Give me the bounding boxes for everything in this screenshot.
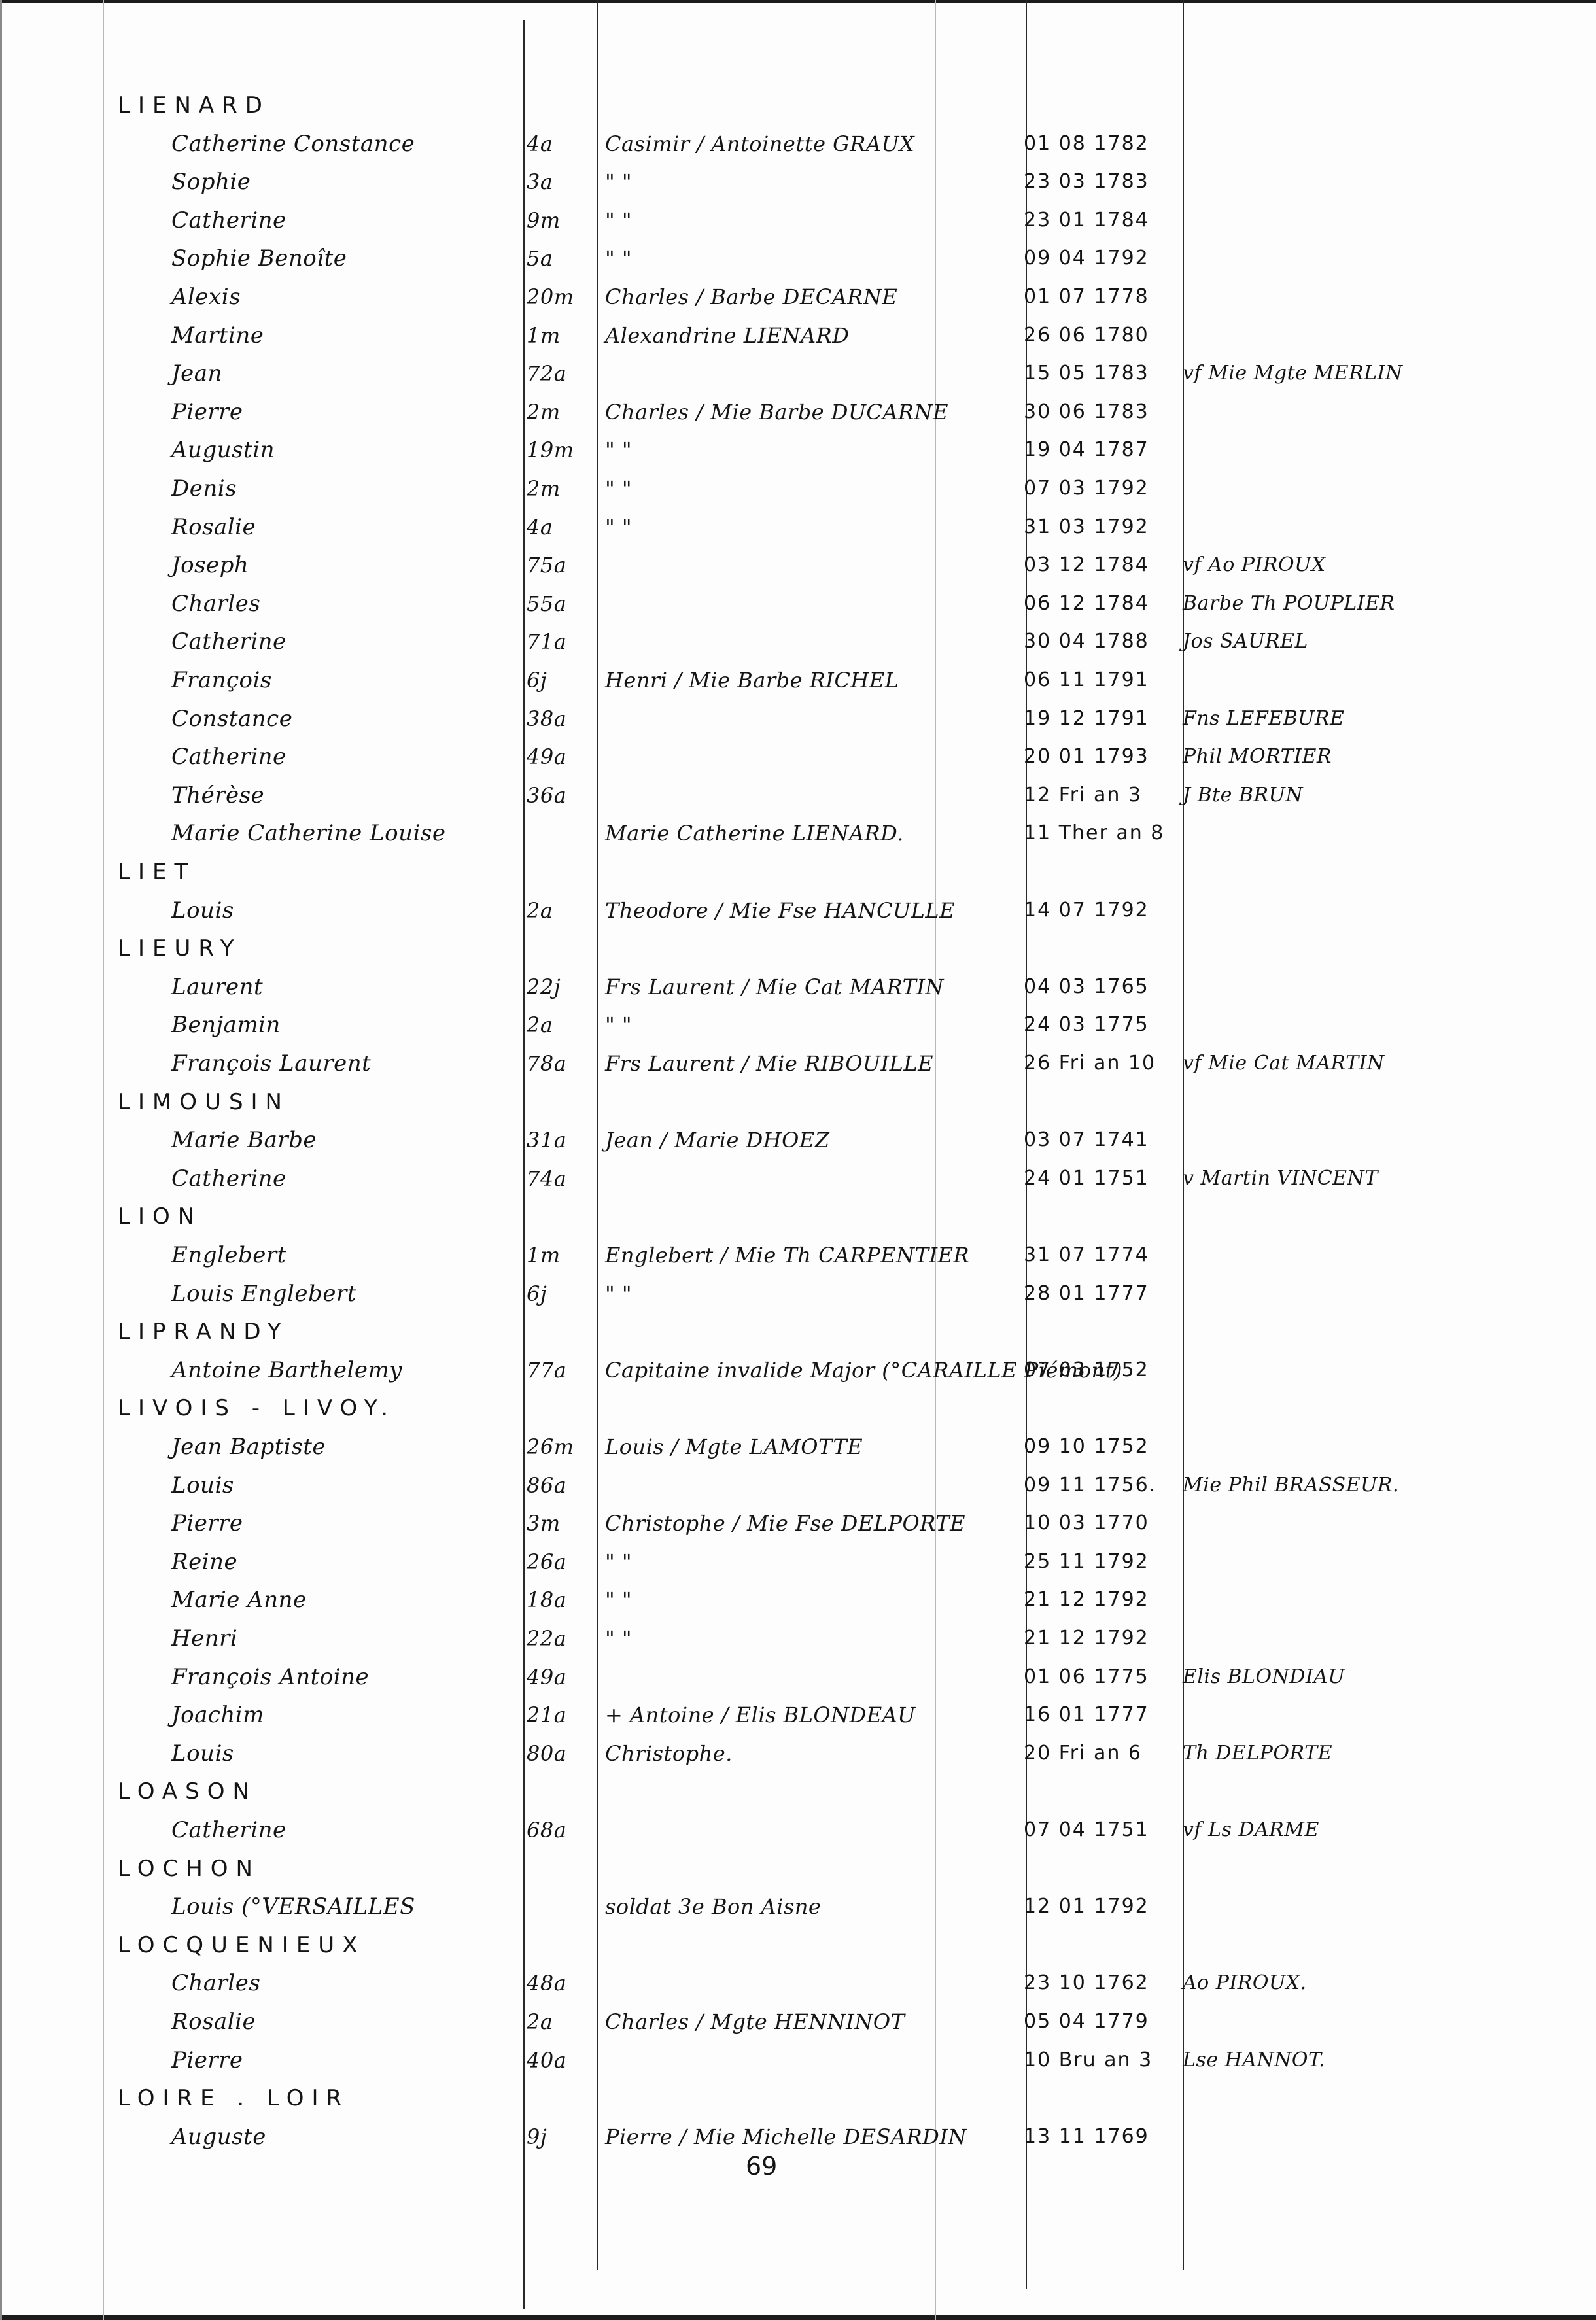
entry-parents: Frs Laurent / Mie Cat MARTIN [605,968,944,1006]
register-entry: Catherine71a30 04 1788Jos SAUREL [0,623,1596,661]
entry-date: 23 03 1783 [1024,163,1149,201]
entry-date: 12 Fri an 3 [1024,776,1142,814]
entry-parents: Casimir / Antoinette GRAUX [605,125,914,163]
entry-note: vf Ls DARME [1183,1811,1319,1849]
entry-name: Pierre [171,1504,243,1542]
entry-name: Laurent [171,968,263,1006]
entry-age: 2a [527,892,553,929]
entry-parents: Henri / Mie Barbe RICHEL [605,661,899,699]
register-entry: Antoine Barthelemy77aCapitaine invalide … [0,1351,1596,1389]
surname: LOCQUENIEUX [118,1926,365,1964]
entry-date: 20 Fri an 6 [1024,1735,1142,1773]
entry-name: Thérèse [171,776,264,814]
entry-date: 14 07 1792 [1024,892,1149,929]
register-entry: Sophie Benoîte5a" "09 04 1792 [0,239,1596,277]
entry-parents: " " [605,163,632,201]
entry-name: Louis Englebert [171,1275,356,1313]
entry-age: 2a [527,2003,553,2041]
entry-parents: soldat 3e Bon Aisne [605,1888,821,1926]
entry-date: 30 06 1783 [1024,393,1149,431]
entry-note: vf Mie Mgte MERLIN [1183,355,1403,392]
register-entry: Denis2m" "07 03 1792 [0,470,1596,508]
register-entry: Charles48a23 10 1762Ao PIROUX. [0,1964,1596,2002]
entry-note: Mie Phil BRASSEUR. [1183,1466,1399,1504]
entry-age: 31a [527,1121,566,1159]
surname: LIVOIS - LIVOY. [118,1389,396,1427]
entry-name: Englebert [171,1236,286,1274]
entry-age: 72a [527,355,566,392]
entry-date: 26 06 1780 [1024,317,1149,355]
entry-age: 68a [527,1811,566,1849]
surname: LIMOUSIN [118,1083,290,1121]
register-entry: Louis Englebert6j" "28 01 1777 [0,1275,1596,1313]
entry-date: 01 06 1775 [1024,1658,1149,1696]
entry-age: 26a [527,1543,566,1581]
entry-parents: Englebert / Mie Th CARPENTIER [605,1236,969,1274]
entry-name: Jean [171,355,222,392]
register-entry: Auguste9jPierre / Mie Michelle DESARDIN1… [0,2118,1596,2156]
scan-edge-top [0,0,1596,3]
entry-date: 04 03 1765 [1024,968,1149,1006]
entry-date: 09 10 1752 [1024,1428,1149,1466]
entry-name: Joseph [171,546,249,584]
entry-name: Henri [171,1619,237,1657]
register-entry: Louis (°VERSAILLESsoldat 3e Bon Aisne12 … [0,1888,1596,1926]
entry-date: 12 01 1792 [1024,1888,1149,1926]
entry-age: 49a [527,1658,566,1696]
entry-date: 09 11 1756. [1024,1466,1156,1504]
entry-age: 20m [527,278,574,316]
register-entry: Catherine68a07 04 1751vf Ls DARME [0,1811,1596,1849]
entry-age: 6j [527,661,547,699]
register-entry: Pierre2mCharles / Mie Barbe DUCARNE30 06… [0,393,1596,431]
entry-note: Th DELPORTE [1183,1735,1332,1773]
entry-date: 24 01 1751 [1024,1160,1149,1198]
entry-date: 11 Ther an 8 [1024,814,1164,852]
entry-parents: Charles / Mgte HENNINOT [605,2003,905,2041]
register-entry: Jean72a15 05 1783vf Mie Mgte MERLIN [0,355,1596,392]
entry-date: 05 04 1779 [1024,2003,1149,2041]
surname: LOIRE . LOIR [118,2079,349,2117]
entry-age: 22j [527,968,561,1006]
entry-name: Joachim [171,1696,264,1734]
entry-name: Catherine [171,738,286,776]
register-entry: Thérèse36a12 Fri an 3J Bte BRUN [0,776,1596,814]
entry-name: François [171,661,272,699]
register-entry: Louis86a09 11 1756.Mie Phil BRASSEUR. [0,1466,1596,1504]
entry-name: Jean Baptiste [171,1428,326,1466]
entry-age: 2m [527,393,561,431]
register-entry: Jean Baptiste26mLouis / Mgte LAMOTTE09 1… [0,1428,1596,1466]
entry-name: Charles [171,585,260,623]
entry-name: Denis [171,470,237,508]
entry-name: Louis [171,892,234,929]
register-entry: Catherine49a20 01 1793Phil MORTIER [0,738,1596,776]
entry-age: 18a [527,1581,566,1619]
entry-date: 09 04 1792 [1024,239,1149,277]
entry-date: 07 04 1751 [1024,1811,1149,1849]
entry-parents: Pierre / Mie Michelle DESARDIN [605,2118,967,2156]
entry-name: Reine [171,1543,237,1581]
entry-name: Charles [171,1964,260,2002]
entry-age: 19m [527,431,574,469]
entry-date: 10 Bru an 3 [1024,2041,1153,2079]
entry-parents: " " [605,1275,632,1313]
entry-date: 28 01 1777 [1024,1275,1149,1313]
entry-name: Alexis [171,278,241,316]
entry-parents: Louis / Mgte LAMOTTE [605,1428,863,1466]
family-header: LIVOIS - LIVOY. [0,1389,1596,1427]
register-entry: Pierre40a10 Bru an 3Lse HANNOT. [0,2041,1596,2079]
family-header: LIET [0,853,1596,891]
entry-name: Constance [171,700,292,738]
entry-age: 26m [527,1428,574,1466]
entry-age: 2a [527,1006,553,1044]
entry-parents: Alexandrine LIENARD [605,317,849,355]
entry-parents: Christophe / Mie Fse DELPORTE [605,1504,965,1542]
entry-date: 21 12 1792 [1024,1581,1149,1619]
register-entry: Catherine Constance4aCasimir / Antoinett… [0,125,1596,163]
family-header: LION [0,1198,1596,1236]
entry-age: 71a [527,623,566,661]
entry-date: 07 03 1792 [1024,470,1149,508]
surname: LION [118,1198,202,1236]
entry-date: 19 12 1791 [1024,700,1149,738]
entry-date: 13 11 1769 [1024,2118,1149,2156]
entry-date: 26 Fri an 10 [1024,1045,1156,1082]
entry-age: 36a [527,776,566,814]
entry-age: 75a [527,546,566,584]
family-header: LIPRANDY [0,1313,1596,1351]
entry-age: 3a [527,163,553,201]
entry-parents: " " [605,431,632,469]
surname: LIEURY [118,929,242,967]
entry-age: 80a [527,1735,566,1773]
entry-parents: Frs Laurent / Mie RIBOUILLE [605,1045,933,1082]
register-entry: Louis80aChristophe.20 Fri an 6Th DELPORT… [0,1735,1596,1773]
register-entry: Charles55a06 12 1784Barbe Th POUPLIER [0,585,1596,623]
entry-age: 38a [527,700,566,738]
entry-note: vf Ao PIROUX [1183,546,1326,584]
entry-name: Marie Barbe [171,1121,317,1159]
entry-name: Benjamin [171,1006,281,1044]
family-header: LOIRE . LOIR [0,2079,1596,2117]
surname: LIENARD [118,86,270,124]
entry-age: 22a [527,1619,566,1657]
entry-age: 77a [527,1351,566,1389]
register-entry: Rosalie2aCharles / Mgte HENNINOT05 04 17… [0,2003,1596,2041]
family-header: LIEURY [0,929,1596,967]
entry-note: Fns LEFEBURE [1183,700,1344,738]
entry-date: 21 12 1792 [1024,1619,1149,1657]
register-entry: François6jHenri / Mie Barbe RICHEL06 11 … [0,661,1596,699]
surname: LOASON [118,1773,257,1810]
family-header: LOASON [0,1773,1596,1810]
entry-date: 03 12 1784 [1024,546,1149,584]
entry-name: François Laurent [171,1045,371,1082]
entry-name: Pierre [171,2041,243,2079]
register-entry: Catherine9m" "23 01 1784 [0,201,1596,239]
entry-name: Rosalie [171,508,256,546]
entry-date: 01 08 1782 [1024,125,1149,163]
register-entry: Rosalie4a" "31 03 1792 [0,508,1596,546]
register-entry: Pierre3mChristophe / Mie Fse DELPORTE10 … [0,1504,1596,1542]
family-header: LOCHON [0,1850,1596,1888]
entry-date: 30 04 1788 [1024,623,1149,661]
entry-date: 06 11 1791 [1024,661,1149,699]
entry-name: Antoine Barthelemy [171,1351,402,1389]
entry-age: 9j [527,2118,547,2156]
entry-date: 06 12 1784 [1024,585,1149,623]
entry-name: Martine [171,317,264,355]
register-entry: Laurent22jFrs Laurent / Mie Cat MARTIN04… [0,968,1596,1006]
entry-name: Louis [171,1466,234,1504]
register-page: LIENARDCatherine Constance4aCasimir / An… [0,0,1596,2320]
entry-date: 15 05 1783 [1024,355,1149,392]
entry-note: Elis BLONDIAU [1183,1658,1345,1696]
entry-age: 6j [527,1275,547,1313]
entry-parents: " " [605,239,632,277]
entry-parents: Charles / Mie Barbe DUCARNE [605,393,948,431]
entry-parents: Theodore / Mie Fse HANCULLE [605,892,955,929]
entry-date: 24 03 1775 [1024,1006,1149,1044]
entry-name: Marie Catherine Louise [171,814,445,852]
register-entry: Benjamin2a" "24 03 1775 [0,1006,1596,1044]
entry-age: 78a [527,1045,566,1082]
entry-note: v Martin VINCENT [1183,1160,1378,1198]
entry-note: Lse HANNOT. [1183,2041,1325,2079]
entry-date: 31 03 1792 [1024,508,1149,546]
entry-date: 20 01 1793 [1024,738,1149,776]
entry-name: Sophie Benoîte [171,239,347,277]
entry-name: Louis (°VERSAILLES [171,1888,415,1926]
entry-parents: Christophe. [605,1735,733,1773]
entry-name: François Antoine [171,1658,369,1696]
entry-age: 5a [527,239,553,277]
entry-parents: " " [605,508,632,546]
scan-edge-bottom [0,2315,1596,2320]
register-entry: Sophie3a" "23 03 1783 [0,163,1596,201]
page-number: 69 [746,2152,777,2181]
entry-age: 1m [527,317,561,355]
entry-note: Phil MORTIER [1183,738,1332,776]
entry-parents: Marie Catherine LIENARD. [605,814,904,852]
register-entry: Henri22a" "21 12 1792 [0,1619,1596,1657]
surname: LIET [118,853,196,891]
register-entry: François Antoine49a01 06 1775Elis BLONDI… [0,1658,1596,1696]
register-entry: Reine26a" "25 11 1792 [0,1543,1596,1581]
entry-parents: " " [605,1619,632,1657]
entry-parents: " " [605,1581,632,1619]
entry-date: 25 11 1792 [1024,1543,1149,1581]
entry-date: 19 04 1787 [1024,431,1149,469]
entry-date: 23 10 1762 [1024,1964,1149,2002]
entry-age: 55a [527,585,566,623]
entry-parents: Charles / Barbe DECARNE [605,278,897,316]
entry-age: 48a [527,1964,566,2002]
register-entry: Marie Catherine LouiseMarie Catherine LI… [0,814,1596,852]
entry-age: 21a [527,1696,566,1734]
entry-date: 23 01 1784 [1024,201,1149,239]
register-entry: Augustin19m" "19 04 1787 [0,431,1596,469]
entry-name: Catherine Constance [171,125,415,163]
surname: LIPRANDY [118,1313,289,1351]
entry-age: 86a [527,1466,566,1504]
entry-name: Auguste [171,2118,266,2156]
family-header: LIENARD [0,86,1596,124]
entry-name: Pierre [171,393,243,431]
family-header: LOCQUENIEUX [0,1926,1596,1964]
family-header: LIMOUSIN [0,1083,1596,1121]
entry-name: Catherine [171,1160,286,1198]
entry-note: Ao PIROUX. [1183,1964,1307,2002]
entry-name: Sophie [171,163,251,201]
entry-name: Marie Anne [171,1581,307,1619]
register-entry: Joseph75a03 12 1784vf Ao PIROUX [0,546,1596,584]
entry-age: 1m [527,1236,561,1274]
entry-age: 74a [527,1160,566,1198]
entry-name: Augustin [171,431,275,469]
entry-name: Catherine [171,623,286,661]
register-entry: Martine1mAlexandrine LIENARD26 06 1780 [0,317,1596,355]
entry-date: 16 01 1777 [1024,1696,1149,1734]
register-entry: François Laurent78aFrs Laurent / Mie RIB… [0,1045,1596,1082]
entry-age: 4a [527,125,553,163]
register-entry: Louis2aTheodore / Mie Fse HANCULLE14 07 … [0,892,1596,929]
entry-note: Jos SAUREL [1183,623,1308,661]
entry-parents: " " [605,1006,632,1044]
entry-date: 10 03 1770 [1024,1504,1149,1542]
entry-age: 2m [527,470,561,508]
register-entry: Alexis20mCharles / Barbe DECARNE01 07 17… [0,278,1596,316]
entry-date: 03 07 1741 [1024,1121,1149,1159]
entry-parents: Jean / Marie DHOEZ [605,1121,829,1159]
register-entry: Englebert1mEnglebert / Mie Th CARPENTIER… [0,1236,1596,1274]
entry-parents: " " [605,470,632,508]
entry-age: 3m [527,1504,561,1542]
entry-note: Barbe Th POUPLIER [1183,585,1395,623]
entry-age: 4a [527,508,553,546]
register-entry: Joachim21a+ Antoine / Elis BLONDEAU16 01… [0,1696,1596,1734]
register-entry: Marie Barbe31aJean / Marie DHOEZ03 07 17… [0,1121,1596,1159]
entry-parents: " " [605,201,632,239]
entry-age: 49a [527,738,566,776]
entry-name: Rosalie [171,2003,256,2041]
entry-age: 9m [527,201,561,239]
entry-note: J Bte BRUN [1183,776,1303,814]
entry-parents: + Antoine / Elis BLONDEAU [605,1696,916,1734]
entry-note: vf Mie Cat MARTIN [1183,1045,1385,1082]
register-entry: Constance38a19 12 1791Fns LEFEBURE [0,700,1596,738]
entry-name: Catherine [171,201,286,239]
register-entry: Catherine74a24 01 1751v Martin VINCENT [0,1160,1596,1198]
entry-name: Catherine [171,1811,286,1849]
register-entry: Marie Anne18a" "21 12 1792 [0,1581,1596,1619]
surname: LOCHON [118,1850,260,1888]
entry-name: Louis [171,1735,234,1773]
entry-date: 07 03 1752 [1024,1351,1149,1389]
entry-age: 40a [527,2041,566,2079]
entry-parents: " " [605,1543,632,1581]
entry-date: 01 07 1778 [1024,278,1149,316]
entry-date: 31 07 1774 [1024,1236,1149,1274]
